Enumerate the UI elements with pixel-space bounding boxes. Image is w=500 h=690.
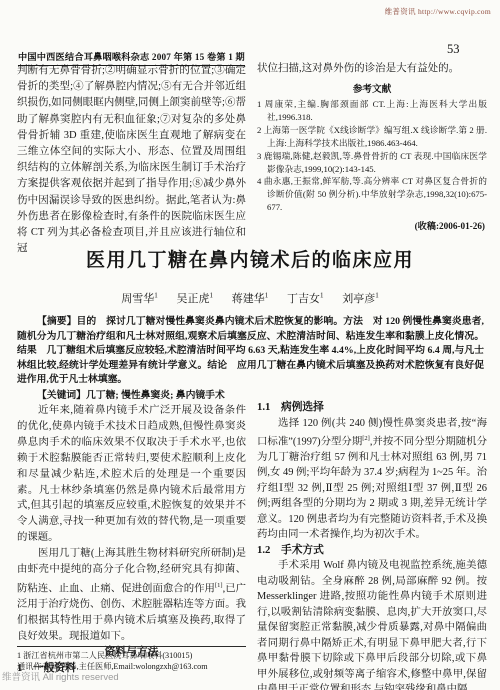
reference-item: 4 曲永惠,王振常,鲜军舫,等.高分辨率 CT 对鼻区复合骨折的诊断价值(附 5… xyxy=(257,175,487,214)
reference-item: 3 鹿锡瑞,陈健,赵毅凯,等.鼻骨骨折的 CT 表现.中国临床医学影像杂志,19… xyxy=(257,150,487,176)
prev-article-right-column: 状位扫描,这对鼻外伤的诊治是大有益处的。 参考文献 1 周康荣,主编.胸部颈面部… xyxy=(257,61,487,232)
abstract-block: 【摘要】目的 探讨几丁糖对慢性鼻窦炎鼻内镜术后术腔恢复的影响。方法 对 120 … xyxy=(17,315,484,404)
author: 蒋建华1 xyxy=(232,293,269,305)
footnote-affiliation: 1 浙江省杭州市第二人民医院耳鼻咽喉科(310015) xyxy=(17,650,246,661)
case-selection-paragraph: 选择 120 例(共 240 侧)慢性鼻窦炎患者,按“海口标准”(1997)分型… xyxy=(257,416,487,543)
subsection-heading-surgery-method: 1.2 手术方式 xyxy=(257,543,487,559)
intro-paragraph-2: 医用几丁糖(上海其胜生物材料研究所研制)是由虾壳中提纯的高分子化合物,经研究具有… xyxy=(17,546,246,645)
author-affil-mark: 1 xyxy=(375,291,379,299)
watermark-bottom: 维普资讯 All rights reserved xyxy=(2,669,119,683)
citation-mark: [1] xyxy=(215,582,223,589)
surgery-method-paragraph: 手术采用 Wolf 鼻内镜及电视监控系统,施美德电动吸割钻。全身麻醉 28 例,… xyxy=(257,558,487,690)
article-title: 医用几丁糖在鼻内镜术后的临床应用 xyxy=(0,245,500,272)
journal-page: 维普资讯 http://www.cqvip.com 中国中西医结合耳鼻咽喉科杂志… xyxy=(0,0,500,690)
reference-item: 1 周康荣,主编.胸部颈面部 CT.上海:上海医科大学出版社,1996.318. xyxy=(257,98,487,124)
body-left-column: 近年来,随着鼻内镜手术广泛开展及设备条件的优化,使鼻内镜手术技术日趋成熟,但慢性… xyxy=(17,403,246,677)
author: 丁吉女1 xyxy=(287,293,324,305)
intro-paragraph-1: 近年来,随着鼻内镜手术广泛开展及设备条件的优化,使鼻内镜手术技术日趋成熟,但慢性… xyxy=(17,403,246,546)
author-affil-mark: 1 xyxy=(154,291,158,299)
prev-article-closing-text: 状位扫描,这对鼻外伤的诊治是大有益处的。 xyxy=(257,61,487,77)
author: 吴正虎1 xyxy=(177,293,214,305)
author-name: 刘亭彦 xyxy=(342,293,375,305)
page-number: 53 xyxy=(447,42,460,57)
references-heading: 参考文献 xyxy=(257,81,487,95)
prev-article-left-column: 判断有无鼻骨骨折;②明确显示骨折的位置;③确定骨折的类型;④了解鼻腔内情况;⑤有… xyxy=(17,63,246,257)
abstract-label: 【摘要】 xyxy=(37,316,77,327)
keywords-text: 几丁糖; 慢性鼻窦炎; 鼻内镜手术 xyxy=(86,390,225,401)
reference-item: 2 上海第一医学院《X线诊断学》编写组.X 线诊断学.第 2 册.上海:上海科学… xyxy=(257,124,487,150)
author-name: 丁吉女 xyxy=(287,293,320,305)
received-date-note: (收稿:2006-01-26) xyxy=(257,218,487,232)
watermark-top: 维普资讯 http://www.cqvip.com xyxy=(385,6,491,17)
abstract-paragraph: 【摘要】目的 探讨几丁糖对慢性鼻窦炎鼻内镜术后术腔恢复的影响。方法 对 120 … xyxy=(17,315,484,388)
abstract-text: 目的 探讨几丁糖对慢性鼻窦炎鼻内镜术后术腔恢复的影响。方法 对 120 例慢性鼻… xyxy=(17,316,484,385)
author-name: 周雪华 xyxy=(121,293,154,305)
author: 刘亭彦1 xyxy=(342,293,379,305)
author: 周雪华1 xyxy=(121,293,158,305)
author-list: 周雪华1 吴正虎1 蒋建华1 丁吉女1 刘亭彦1 xyxy=(0,290,500,306)
author-name: 吴正虎 xyxy=(177,293,210,305)
author-affil-mark: 1 xyxy=(320,291,324,299)
paragraph-text: 医用几丁糖(上海其胜生物材料研究所研制)是由虾壳中提纯的高分子化合物,经研究具有… xyxy=(17,548,246,594)
author-affil-mark: 1 xyxy=(265,291,269,299)
body-right-column: 1.1 病例选择 选择 120 例(共 240 侧)慢性鼻窦炎患者,按“海口标准… xyxy=(257,400,487,690)
keywords-label: 【关键词】 xyxy=(37,390,86,401)
author-name: 蒋建华 xyxy=(232,293,265,305)
citation-mark: [2] xyxy=(362,435,370,442)
subsection-heading-case-selection: 1.1 病例选择 xyxy=(257,400,487,416)
paragraph-text: ,并按不同分型分期随机分为几丁糖治疗组 57 例和凡士林对照组 63 例,男 7… xyxy=(257,436,487,540)
author-affil-mark: 1 xyxy=(210,291,214,299)
